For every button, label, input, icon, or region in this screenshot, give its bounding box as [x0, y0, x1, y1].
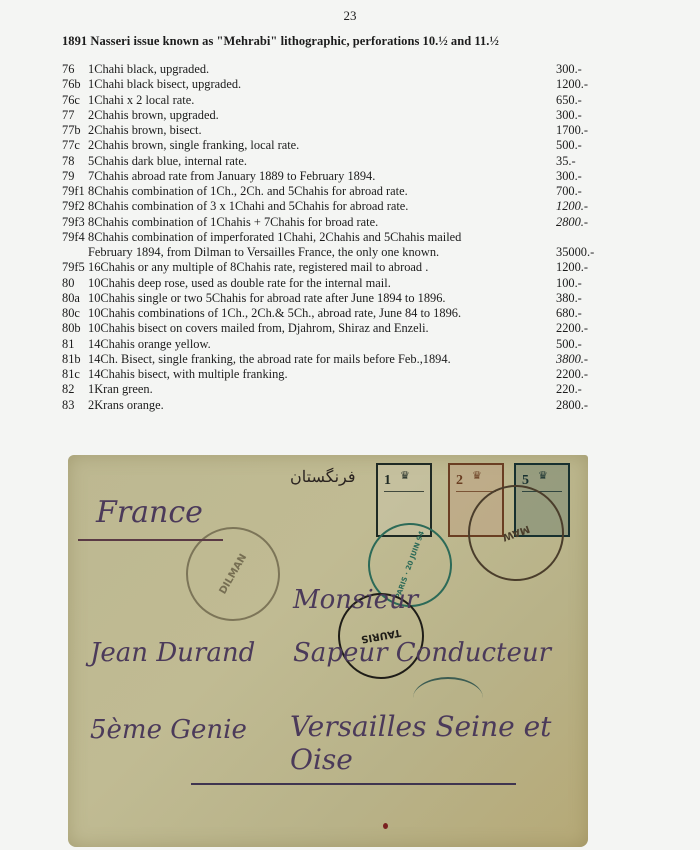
catalog-description-continued: February 1894, from Dilman to Versailles…	[62, 245, 602, 260]
catalog-row: 79f28Chahis combination of 3 x 1Chahi an…	[62, 199, 602, 214]
catalog-price: 35000.-	[556, 245, 594, 260]
catalog-description: 10Chahis deep rose, used as double rate …	[88, 276, 391, 290]
catalog-number: 81	[62, 337, 88, 352]
catalog-price: 220.-	[556, 382, 582, 397]
catalog-row: 76b1Chahi black bisect, upgraded.1200.-	[62, 77, 602, 92]
catalog-description: 8Chahis combination of imperforated 1Cha…	[88, 230, 461, 244]
page-number: 23	[0, 8, 700, 24]
catalog-description: 5Chahis dark blue, internal rate.	[88, 154, 247, 168]
catalog-number: 80b	[62, 321, 88, 336]
catalog-row: 79f38Chahis combination of 1Chahis + 7Ch…	[62, 215, 602, 230]
catalog-price: 500.-	[556, 138, 582, 153]
addressee-title: Sapeur Conducteur	[293, 638, 551, 668]
ink-spot	[383, 823, 388, 829]
addressee-name: Jean Durand	[90, 638, 255, 668]
catalog-number: 83	[62, 398, 88, 413]
catalog-row: 797Chahis abroad rate from January 1889 …	[62, 169, 602, 184]
destination-city: Versailles Seine et Oise	[290, 710, 588, 776]
destination-country: France	[96, 495, 203, 530]
catalog-price: 2200.-	[556, 321, 588, 336]
catalog-price: 1700.-	[556, 123, 588, 138]
catalog-number: 79f5	[62, 260, 88, 275]
catalog-number: 80a	[62, 291, 88, 306]
catalog-number: 78	[62, 154, 88, 169]
catalog-row: 8010Chahis deep rose, used as double rat…	[62, 276, 602, 291]
catalog-description: 8Chahis combination of 1Ch., 2Ch. and 5C…	[88, 184, 408, 198]
catalog-row: 785Chahis dark blue, internal rate.35.-	[62, 154, 602, 169]
catalog-description: 2Krans orange.	[88, 398, 164, 412]
catalog-description: 1Chahi black bisect, upgraded.	[88, 77, 241, 91]
catalog-description: 8Chahis combination of 1Chahis + 7Chahis…	[88, 215, 378, 229]
catalog-price: 380.-	[556, 291, 582, 306]
catalog-row: 77b2Chahis brown, bisect.1700.-	[62, 123, 602, 138]
catalog-number: 79f3	[62, 215, 88, 230]
catalog-price: 1200.-	[556, 199, 588, 214]
catalog-number: 77b	[62, 123, 88, 138]
stamp-value: 1	[384, 473, 391, 489]
catalog-row: 832Krans orange.2800.-	[62, 398, 602, 413]
catalog-number: 80	[62, 276, 88, 291]
catalog-price: 300.-	[556, 108, 582, 123]
catalog-price: 2800.-	[556, 398, 588, 413]
catalog-description: 14Chahis bisect, with multiple franking.	[88, 367, 288, 381]
catalog-row: 80c10Chahis combinations of 1Ch., 2Ch.& …	[62, 306, 602, 321]
catalog-description: 7Chahis abroad rate from January 1889 to…	[88, 169, 375, 183]
catalog-row: 80a10Chahis single or two 5Chahis for ab…	[62, 291, 602, 306]
catalog-description: 2Chahis brown, bisect.	[88, 123, 202, 137]
catalog-description: 10Chahis bisect on covers mailed from, D…	[88, 321, 429, 335]
catalog-price: 650.-	[556, 93, 582, 108]
catalog-description: 16Chahis or any multiple of 8Chahis rate…	[88, 260, 428, 274]
catalog-description: 1Chahi x 2 local rate.	[88, 93, 194, 107]
catalog-price: 300.-	[556, 62, 582, 77]
catalog-number: 77c	[62, 138, 88, 153]
catalog-row: 772Chahis brown, upgraded.300.-	[62, 108, 602, 123]
catalog-row: 761Chahi black, upgraded.300.-	[62, 62, 602, 77]
catalog-number: 77	[62, 108, 88, 123]
catalog-price: 2800.-	[556, 215, 588, 230]
section-heading: 1891 Nasseri issue known as "Mehrabi" li…	[62, 34, 499, 49]
regiment: 5ème Genie	[90, 715, 247, 745]
catalog-number: 76c	[62, 93, 88, 108]
salutation: Monsieur	[293, 585, 418, 615]
catalog-number: 80c	[62, 306, 88, 321]
catalog-price: 35.-	[556, 154, 576, 169]
catalog-description: 14Ch. Bisect, single franking, the abroa…	[88, 352, 451, 366]
catalog-price: 300.-	[556, 169, 582, 184]
catalog-number: 76	[62, 62, 88, 77]
catalog-price: 1200.-	[556, 260, 588, 275]
catalog-row: 8114Chahis orange yellow.500.-	[62, 337, 602, 352]
postal-cover-image: 1 ♛ 2 ♛ 5 ♛ DILMAN MAW PARIS · 20 JUIN 9…	[68, 455, 588, 847]
catalog-price: 1200.-	[556, 77, 588, 92]
catalog-number: 81c	[62, 367, 88, 382]
crown-icon: ♛	[538, 469, 548, 482]
catalog-number: 82	[62, 382, 88, 397]
catalog-number: 81b	[62, 352, 88, 367]
catalog-number: 79f4	[62, 230, 88, 245]
catalog-row: 77c2Chahis brown, single franking, local…	[62, 138, 602, 153]
catalog-list: 761Chahi black, upgraded.300.-76b1Chahi …	[62, 62, 602, 413]
catalog-row: 79f18Chahis combination of 1Ch., 2Ch. an…	[62, 184, 602, 199]
catalog-number: 76b	[62, 77, 88, 92]
catalog-price: 680.-	[556, 306, 582, 321]
catalog-row: 81b14Ch. Bisect, single franking, the ab…	[62, 352, 602, 367]
catalog-description: 1Chahi black, upgraded.	[88, 62, 209, 76]
catalog-price: 2200.-	[556, 367, 588, 382]
catalog-row: 79f48Chahis combination of imperforated …	[62, 230, 602, 261]
catalog-row: 79f516Chahis or any multiple of 8Chahis …	[62, 260, 602, 275]
catalog-price: 700.-	[556, 184, 582, 199]
catalog-number: 79f2	[62, 199, 88, 214]
catalog-description: 10Chahis single or two 5Chahis for abroa…	[88, 291, 446, 305]
catalog-price: 100.-	[556, 276, 582, 291]
crown-icon: ♛	[400, 469, 410, 482]
catalog-price: 500.-	[556, 337, 582, 352]
catalog-number: 79	[62, 169, 88, 184]
catalog-row: 821Kran green.220.-	[62, 382, 602, 397]
stamp-value: 2	[456, 473, 463, 489]
catalog-description: 8Chahis combination of 3 x 1Chahi and 5C…	[88, 199, 408, 213]
underline	[78, 539, 223, 541]
catalog-description: 10Chahis combinations of 1Ch., 2Ch.& 5Ch…	[88, 306, 461, 320]
catalog-number: 79f1	[62, 184, 88, 199]
catalog-description: 14Chahis orange yellow.	[88, 337, 211, 351]
catalog-description: 2Chahis brown, single franking, local ra…	[88, 138, 299, 152]
persian-inscription: فرنگستان	[290, 467, 356, 486]
catalog-row: 81c14Chahis bisect, with multiple franki…	[62, 367, 602, 382]
catalog-description: 2Chahis brown, upgraded.	[88, 108, 219, 122]
underline	[191, 783, 516, 785]
lion-sun-emblem	[384, 491, 424, 525]
catalog-description: 1Kran green.	[88, 382, 153, 396]
catalog-row: 80b10Chahis bisect on covers mailed from…	[62, 321, 602, 336]
catalog-row: 76c1Chahi x 2 local rate.650.-	[62, 93, 602, 108]
crown-icon: ♛	[472, 469, 482, 482]
catalog-price: 3800.-	[556, 352, 588, 367]
